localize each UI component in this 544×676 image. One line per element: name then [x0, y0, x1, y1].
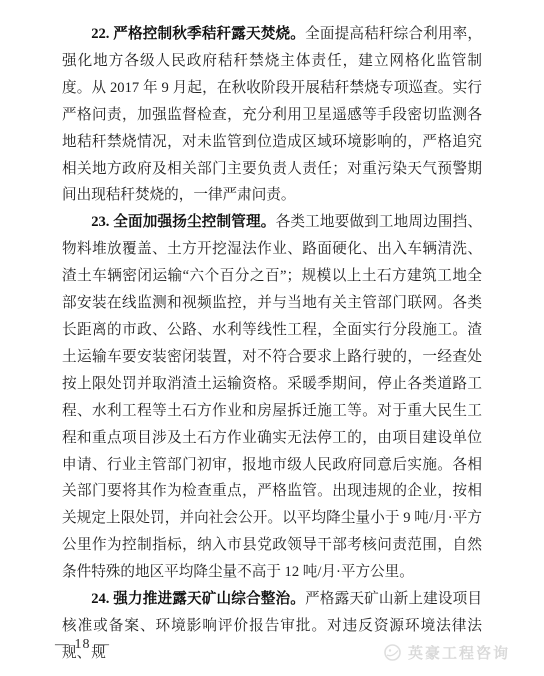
watermark-text: 英豪工程咨询	[408, 642, 510, 663]
paragraph-23: 23. 全面加强扬尘控制管理。各类工地要做到工地周边围挡、物料堆放覆盖、土方开挖…	[62, 209, 482, 586]
document-page: 22. 严格控制秋季秸秆露天焚烧。全面提高秸秆综合利用率，强化地方各级人民政府秸…	[0, 0, 544, 676]
paragraph-23-text: 各类工地要做到工地周边围挡、物料堆放覆盖、土方开挖湿法作业、路面硬化、出入车辆清…	[62, 214, 482, 580]
page-number: — 18 —	[55, 637, 110, 653]
paragraph-23-heading: 23. 全面加强扬尘控制管理。	[91, 214, 275, 230]
paragraph-22-heading: 22. 严格控制秋季秸秆露天焚烧。	[91, 26, 305, 42]
paragraph-24-heading: 24. 强力推进露天矿山综合整治。	[91, 591, 305, 607]
paragraph-22-text: 全面提高秸秆综合利用率，强化地方各级人民政府秸秆禁烧主体责任，建立网格化监管制度…	[62, 26, 482, 203]
document-body: 22. 严格控制秋季秸秆露天焚烧。全面提高秸秆综合利用率，强化地方各级人民政府秸…	[62, 21, 482, 667]
watermark: 英豪工程咨询	[383, 642, 510, 663]
paragraph-22: 22. 严格控制秋季秸秆露天焚烧。全面提高秸秆综合利用率，强化地方各级人民政府秸…	[62, 21, 482, 209]
watermark-logo-icon	[383, 643, 402, 662]
